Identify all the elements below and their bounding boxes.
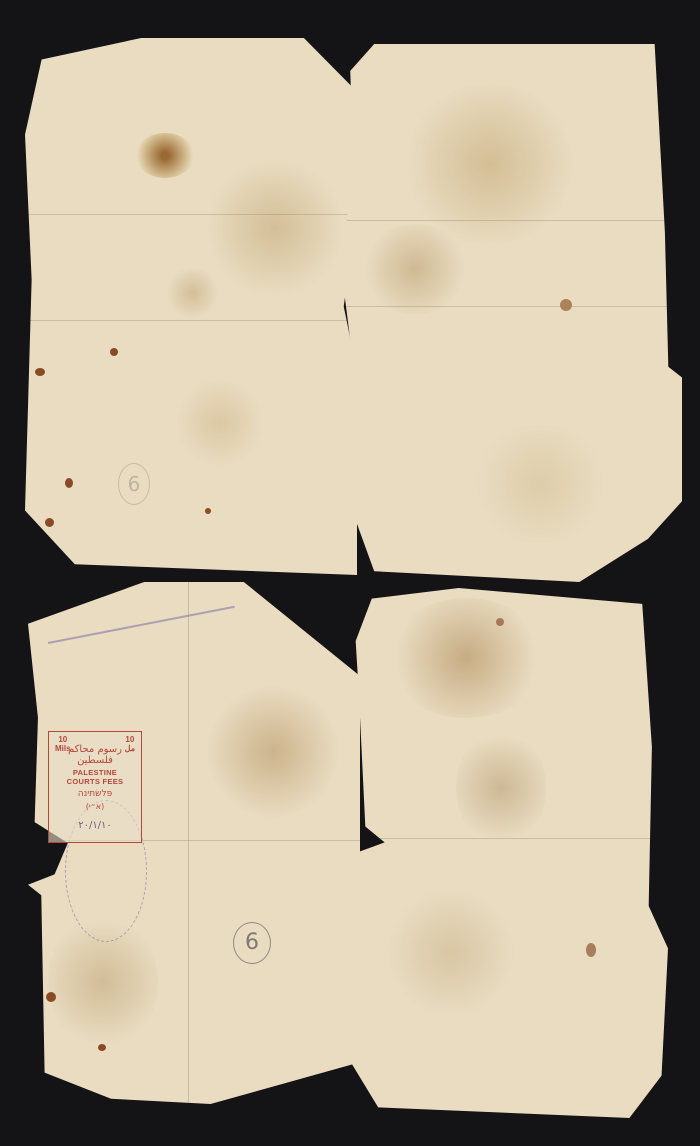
stamp-english-line2: COURTS FEES (49, 777, 141, 786)
fold-line (340, 306, 682, 307)
water-stain (470, 424, 610, 544)
fold-line (188, 582, 189, 1104)
document-fragment-bottom-right (346, 588, 668, 1118)
rust-spot (65, 478, 73, 488)
stamp-manuscript-cancel: ٢٠/١/١٠ (49, 820, 141, 831)
water-stain (386, 888, 516, 1018)
rust-spot (98, 1044, 106, 1051)
document-fragment-top-right (340, 44, 682, 582)
rust-stain (135, 133, 195, 178)
water-stain (165, 268, 220, 318)
rust-spot (45, 518, 54, 527)
document-fragment-top-left: 6 (25, 38, 357, 575)
water-stain (208, 682, 338, 822)
palestine-courts-fees-revenue-stamp: 10 Mils 10 مل رسوم محاكم فلسطين PALESTIN… (48, 731, 142, 843)
stamp-hebrew-line2: (א״י) (49, 802, 141, 811)
rust-spot (46, 992, 56, 1002)
fold-line (25, 320, 357, 321)
fold-line (346, 838, 668, 839)
rust-spot (110, 348, 118, 356)
stamp-hebrew-line1: פּלשׂתינה (49, 789, 141, 799)
fold-line (25, 214, 357, 215)
rust-spot (560, 299, 572, 311)
water-stain (456, 728, 546, 848)
water-stain (360, 224, 470, 314)
rust-spot (35, 368, 45, 376)
stamp-arabic-text: رسوم محاكم فلسطين (49, 744, 141, 766)
circled-pencil-mark: 6 (118, 463, 150, 505)
rust-spot (205, 508, 211, 514)
water-stain (386, 598, 546, 718)
fold-line (340, 220, 682, 221)
pencil-line (48, 606, 235, 644)
rust-spot (496, 618, 504, 626)
rust-spot (586, 943, 596, 957)
stamp-english-line1: PALESTINE (49, 768, 141, 777)
circled-pencil-mark: 6 (233, 922, 271, 964)
water-stain (205, 158, 345, 298)
stamp-english-text: PALESTINE COURTS FEES (49, 768, 141, 786)
water-stain (175, 378, 265, 468)
